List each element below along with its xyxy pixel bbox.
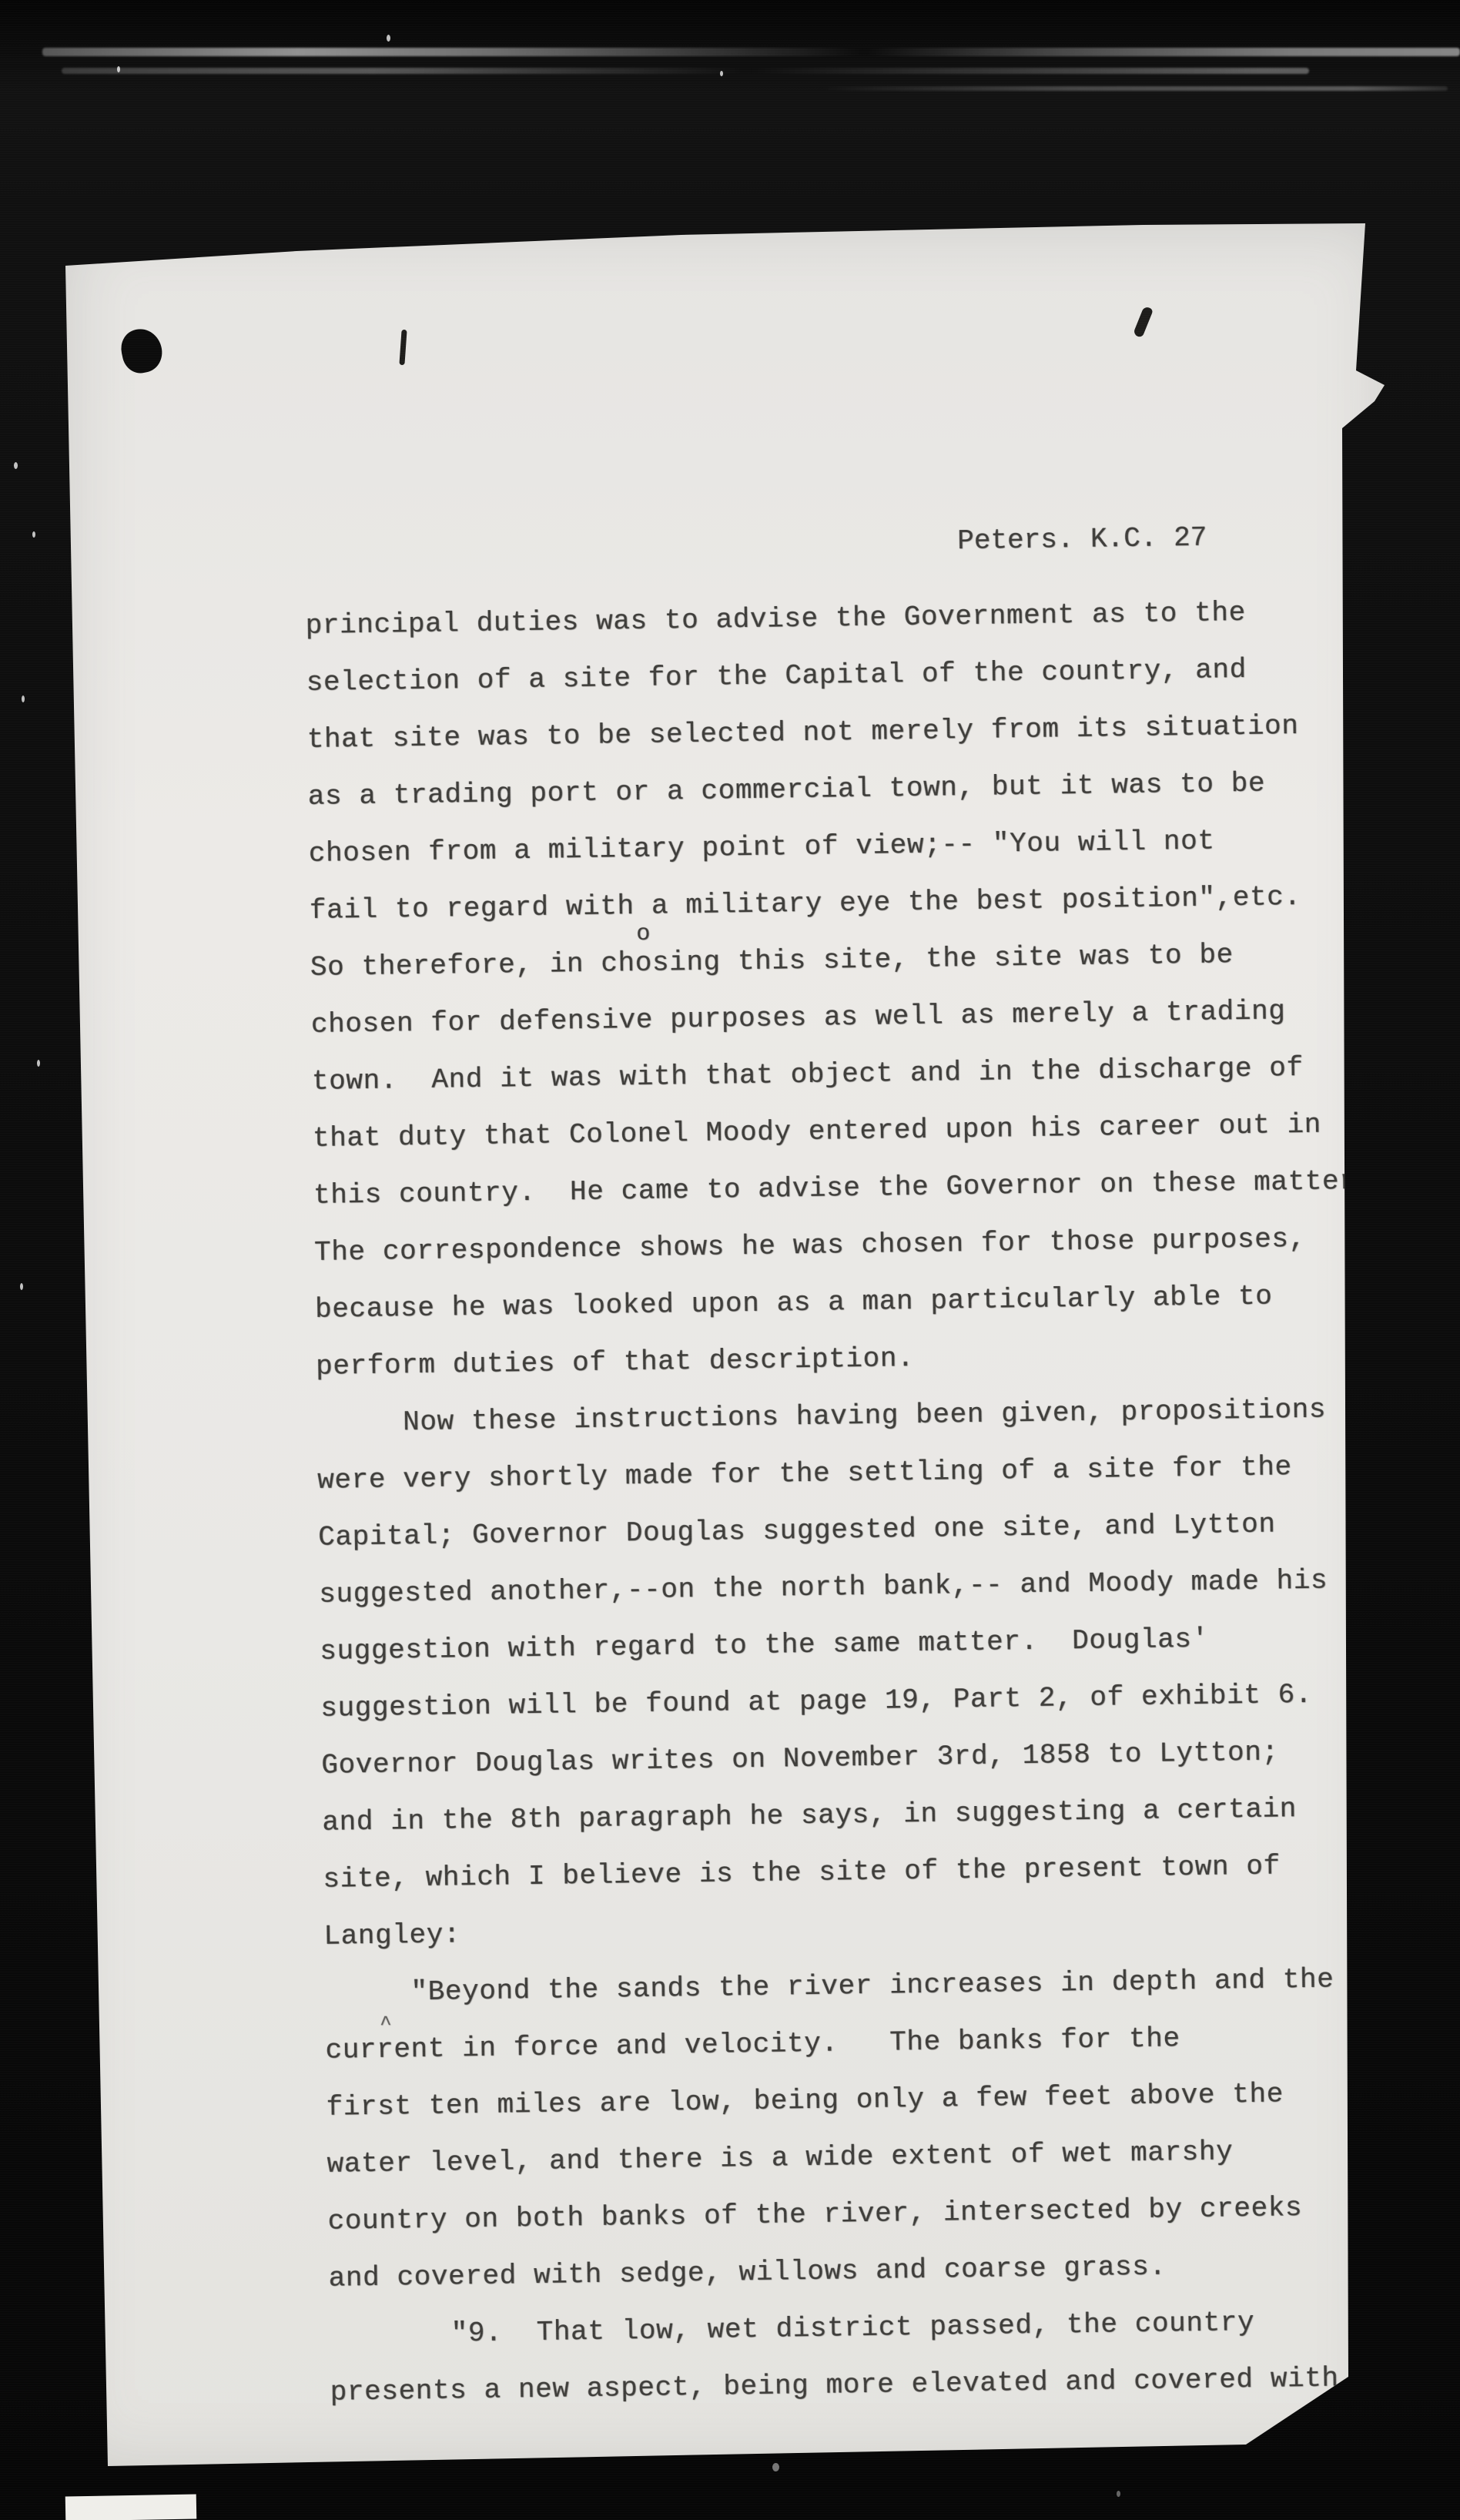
film-speck <box>772 2463 779 2471</box>
film-scratch <box>42 48 1460 56</box>
inserted-letter: o <box>636 921 650 947</box>
film-speck <box>117 66 120 72</box>
microfilm-scan: Peters. K.C. 27 principal duties was to … <box>0 0 1460 2520</box>
typed-lines: principal duties was to advise the Gover… <box>305 595 1432 2434</box>
film-speck <box>14 462 18 469</box>
film-speck <box>20 1283 23 1290</box>
typewritten-text-block: Peters. K.C. 27 principal duties was to … <box>304 514 1405 530</box>
stray-ink-mark <box>1133 306 1154 338</box>
film-scratch <box>816 86 1448 91</box>
film-speck <box>387 35 390 42</box>
page-header: Peters. K.C. 27 <box>957 522 1207 558</box>
stray-ink-mark <box>399 330 407 365</box>
film-speck <box>22 695 25 702</box>
film-speck <box>720 71 723 76</box>
punch-hole-mark <box>118 325 166 377</box>
next-page-corner <box>65 2495 197 2520</box>
film-scratch <box>62 68 1309 74</box>
caret-mark: ^ <box>380 2012 392 2036</box>
film-speck <box>1117 2491 1120 2497</box>
film-speck <box>37 1060 40 1067</box>
film-speck <box>32 531 35 538</box>
document-page: Peters. K.C. 27 principal duties was to … <box>65 222 1386 2472</box>
